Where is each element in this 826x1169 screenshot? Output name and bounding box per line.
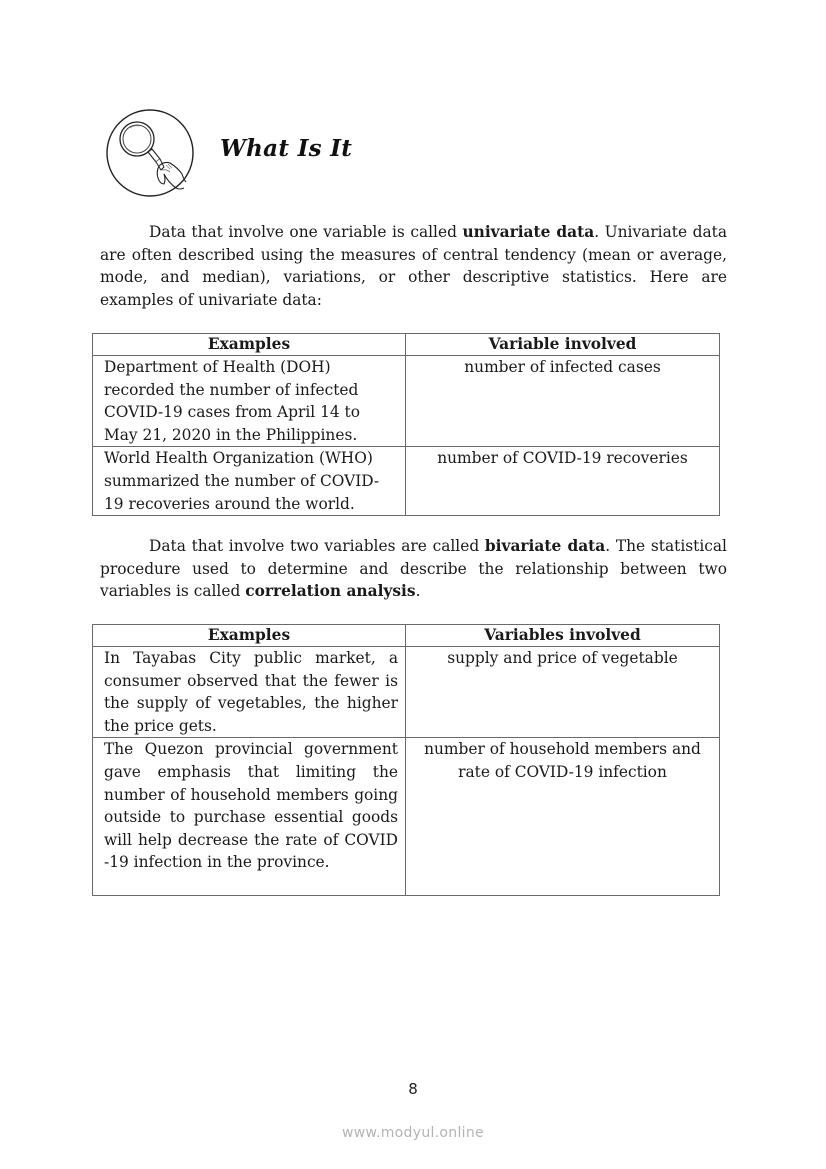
- bivariate-examples-table: Examples Variables involved In Tayabas C…: [92, 624, 720, 896]
- example-cell: In Tayabas City public market, a consume…: [93, 647, 406, 738]
- table-row: Department of Health (DOH) recorded the …: [93, 356, 720, 447]
- variable-cell: number of COVID-19 recoveries: [406, 447, 720, 516]
- variable-cell: number of household members and rate of …: [406, 738, 720, 896]
- example-cell: The Quezon provincial government gave em…: [93, 738, 406, 896]
- bivariate-paragraph: Data that involve two variables are call…: [100, 535, 727, 603]
- column-header-examples: Examples: [93, 625, 406, 647]
- univariate-examples-table: Examples Variable involved Department of…: [92, 333, 720, 516]
- table-row: The Quezon provincial government gave em…: [93, 738, 720, 896]
- paragraph-text: Data that involve one variable is called: [149, 223, 462, 241]
- term-correlation-analysis: correlation analysis: [245, 582, 415, 600]
- table-row: World Health Organization (WHO) summariz…: [93, 447, 720, 516]
- magnifying-glass-icon: [104, 108, 196, 198]
- column-header-variable: Variable involved: [406, 334, 720, 356]
- term-univariate-data: univariate data: [462, 223, 594, 241]
- term-bivariate-data: bivariate data: [485, 537, 605, 555]
- paragraph-text: Data that involve two variables are call…: [149, 537, 485, 555]
- variable-cell: number of infected cases: [406, 356, 720, 447]
- table-header-row: Examples Variables involved: [93, 625, 720, 647]
- column-header-variables: Variables involved: [406, 625, 720, 647]
- univariate-paragraph: Data that involve one variable is called…: [100, 221, 727, 311]
- page-number: 8: [0, 1080, 826, 1098]
- table-header-row: Examples Variable involved: [93, 334, 720, 356]
- section-title: What Is It: [220, 135, 352, 162]
- paragraph-text: .: [416, 582, 421, 600]
- example-cell: World Health Organization (WHO) summariz…: [93, 447, 406, 516]
- column-header-examples: Examples: [93, 334, 406, 356]
- variable-cell: supply and price of vegetable: [406, 647, 720, 738]
- watermark: www.modyul.online: [0, 1125, 826, 1141]
- example-cell: Department of Health (DOH) recorded the …: [93, 356, 406, 447]
- table-row: In Tayabas City public market, a consume…: [93, 647, 720, 738]
